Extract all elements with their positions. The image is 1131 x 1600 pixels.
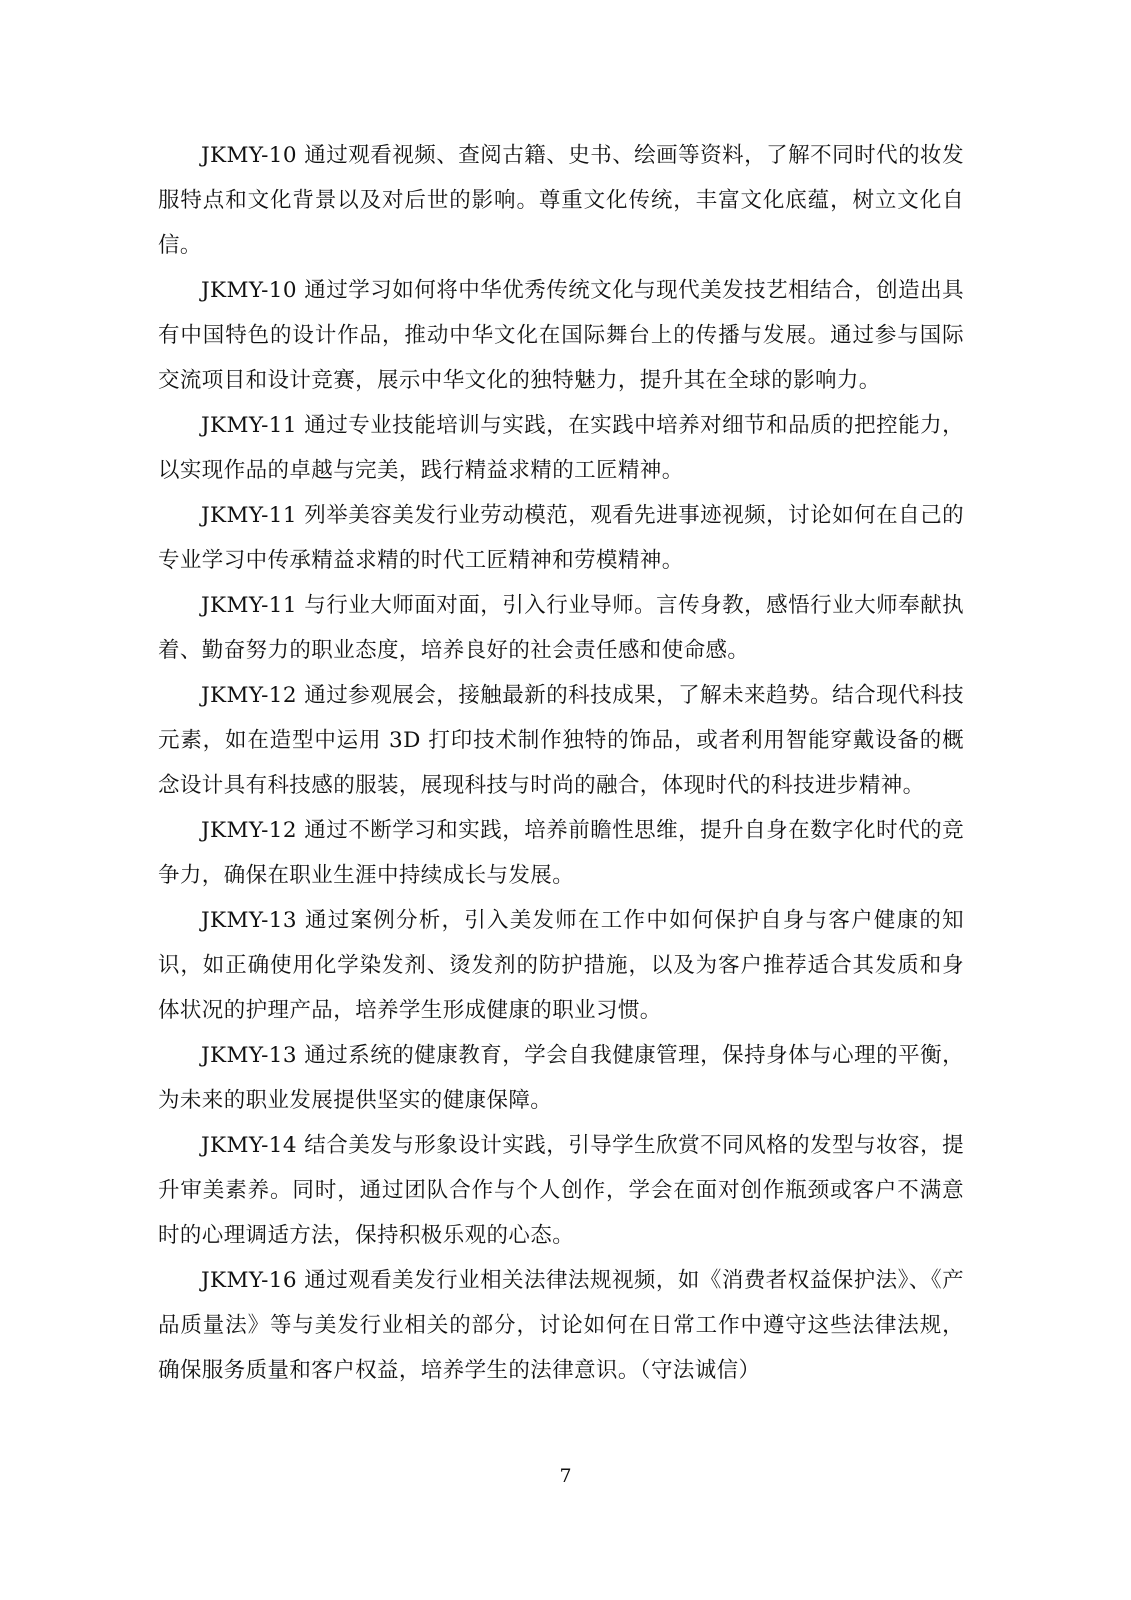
paragraph-jkmy-11-a: JKMY-11 通过专业技能培训与实践，在实践中培养对细节和品质的把控能力，以实… xyxy=(158,403,964,493)
paragraph-jkmy-16: JKMY-16 通过观看美发行业相关法律法规视频，如《消费者权益保护法》、《产品… xyxy=(158,1258,964,1393)
paragraph-jkmy-13-b: JKMY-13 通过系统的健康教育，学会自我健康管理，保持身体与心理的平衡，为未… xyxy=(158,1033,964,1123)
paragraph-jkmy-11-b: JKMY-11 列举美容美发行业劳动模范，观看先进事迹视频，讨论如何在自己的专业… xyxy=(158,493,964,583)
paragraph-jkmy-14: JKMY-14 结合美发与形象设计实践，引导学生欣赏不同风格的发型与妆容，提升审… xyxy=(158,1123,964,1258)
page-footer: 7 xyxy=(0,1462,1131,1490)
paragraph-jkmy-12-a: JKMY-12 通过参观展会，接触最新的科技成果，了解未来趋势。结合现代科技元素… xyxy=(158,673,964,808)
document-page: JKMY-10 通过观看视频、查阅古籍、史书、绘画等资料，了解不同时代的妆发服特… xyxy=(0,0,1131,1600)
page-number: 7 xyxy=(559,1465,571,1487)
paragraph-jkmy-13-a: JKMY-13 通过案例分析，引入美发师在工作中如何保护自身与客户健康的知识，如… xyxy=(158,898,964,1033)
paragraph-jkmy-12-b: JKMY-12 通过不断学习和实践，培养前瞻性思维，提升自身在数字化时代的竞争力… xyxy=(158,808,964,898)
paragraph-jkmy-10-a: JKMY-10 通过观看视频、查阅古籍、史书、绘画等资料，了解不同时代的妆发服特… xyxy=(158,133,964,268)
document-body: JKMY-10 通过观看视频、查阅古籍、史书、绘画等资料，了解不同时代的妆发服特… xyxy=(158,133,964,1393)
paragraph-jkmy-10-b: JKMY-10 通过学习如何将中华优秀传统文化与现代美发技艺相结合，创造出具有中… xyxy=(158,268,964,403)
paragraph-jkmy-11-c: JKMY-11 与行业大师面对面，引入行业导师。言传身教，感悟行业大师奉献执着、… xyxy=(158,583,964,673)
